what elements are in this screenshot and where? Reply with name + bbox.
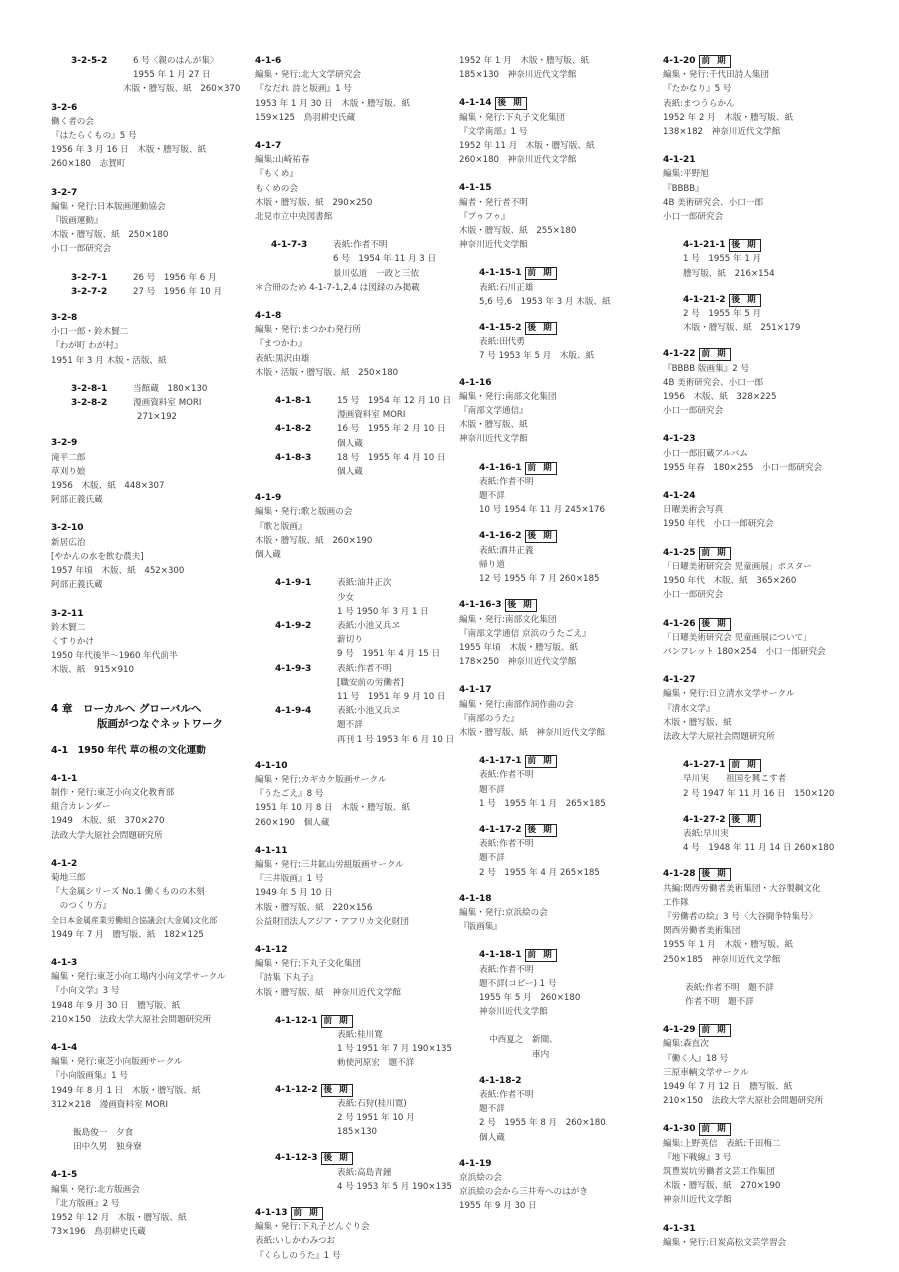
entry-line: 表紙:田代勇	[479, 335, 659, 349]
entry-line: 編集:平野旭	[663, 167, 863, 181]
entry-id: 4-1-22	[663, 349, 696, 359]
entry-line: 少女	[337, 591, 455, 605]
entry-line: 73×196 鳥羽耕史氏蔵	[51, 1225, 251, 1239]
entry-line: 編集・発行:北大文学研究会	[255, 68, 455, 82]
period-badge: 前 期	[525, 755, 557, 768]
entry-line: 『版画集』	[459, 920, 659, 934]
catalog-entry: 4-1-25前 期 「日曜美術研究会 児童画展」ポスター 1950 年代 木版、…	[663, 546, 863, 603]
entry-id: 4-1-16-3	[459, 600, 502, 610]
catalog-entry: 3-2-10 新居広治 [やかんの水を飲む農夫] 1957 年頃 木版、紙 45…	[51, 521, 251, 592]
entry-line: 4B 美術研究会、小口一郎	[663, 196, 863, 210]
entry-id: 4-1-9	[255, 491, 455, 505]
sub-entry: 4-1-27-1前 期 早川実 祖国を興こす者 2 号 1947 年 11 月 …	[683, 758, 863, 801]
entry-line: 北見市立中央図書館	[255, 210, 455, 224]
entry-line: 木版・謄写版、紙 220×156	[255, 901, 455, 915]
entry-line: 表紙:小池又兵ヱ	[337, 704, 455, 718]
entry-line: 神奈川近代文学館	[479, 1005, 659, 1019]
entry-line: 木版・謄写版、紙 260×370	[123, 82, 251, 96]
entry-line: 1951 年 10 月 8 日 木版・謄写版、紙	[255, 801, 455, 815]
entry-line: 編集:森直次	[663, 1037, 863, 1051]
entry-line: 6 号〈親のはんが集〉	[133, 54, 251, 68]
entry-id: 4-1-7	[255, 139, 455, 153]
entry-line: 編者・発行者不明	[459, 196, 659, 210]
section-heading: 4-1 1950 年代 草の根の文化運動	[51, 744, 251, 758]
sub-entry: 4-1-18-2 表紙:作者不明 題不詳 2 号 1955 年 8 月 260×…	[479, 1074, 659, 1145]
entry-id: 4-1-9-2	[275, 619, 337, 662]
entry-id: 4-1-29	[663, 1025, 696, 1035]
catalog-entry-continued: 1952 年 1 月 木版・謄写版、紙 185×130 神奈川近代文学館	[459, 54, 659, 82]
entry-line: 木版・謄写版、紙 260×190	[255, 534, 455, 548]
entry-line: 漫画資料室 MORI	[337, 408, 455, 422]
catalog-entry: 4-1-5 編集・発行:北方版画会 『北方版画』2 号 1952 年 12 月 …	[51, 1168, 251, 1239]
entry-line: 『プゥフゥ』	[459, 210, 659, 224]
entry-id: 4-1-16-2	[479, 531, 522, 541]
entry-line: 小口一郎研究会	[663, 404, 863, 418]
entry-id: 4-1-21	[663, 153, 863, 167]
entry-line: 『はたらくもの』5 号	[51, 129, 251, 143]
catalog-entry: 3-2-8 小口一郎・鈴木賢二 『わが町 わが村』 1951 年 3 月 木版・…	[51, 311, 251, 368]
catalog-entry: 4-1-1 制作・発行:東芝小向文化教育部 組合カレンダー 1949 木版、紙 …	[51, 772, 251, 843]
entry-line: 『歌と版画』	[255, 520, 455, 534]
entry-id: 4-1-15-1	[479, 268, 522, 278]
entry-line: 公益財団法人アジア・アフリカ文化財団	[255, 915, 455, 929]
entry-line: 神奈川近代文学館	[459, 432, 659, 446]
entry-line: 1952 年 1 月 木版・謄写版、紙	[459, 54, 659, 68]
catalog-entry: 4-1-15 編者・発行者不明 『プゥフゥ』 木版・謄写版、紙 255×180 …	[459, 181, 659, 252]
entry-line: 表紙:作者不明	[479, 475, 659, 489]
sub-entry: 4-1-17-2後 期 表紙:作者不明 題不詳 2 号 1955 年 4 月 2…	[479, 823, 659, 880]
entry-line: 共編:関西労働者美術集団・大谷製鋼文化	[663, 882, 863, 896]
entry-line: 260×180 志賀町	[51, 157, 251, 171]
column-1: 3-2-5-2 6 号〈親のはんが集〉 1955 年 1 月 27 日 木版・謄…	[51, 54, 251, 1253]
sub-entry: 4-1-27-2後 期 表紙:早川実 4 号 1948 年 11 月 14 日 …	[683, 813, 863, 856]
entry-line: 編集・発行:南部文化集団	[459, 613, 659, 627]
entry-line: 「日曜美術研究会 児童画展」ポスター	[663, 560, 863, 574]
catalog-entry: 4-1-28後 期 共編:関西労働者美術集団・大谷製鋼文化 工作隊 『労働者の絵…	[663, 867, 863, 1009]
entry-id: 4-1-18	[459, 892, 659, 906]
entry-id: 4-1-28	[663, 869, 696, 879]
catalog-entry: 4-1-29前 期 編集:森直次 『働く人』18 号 三原車輌文学サークル 19…	[663, 1023, 863, 1108]
entry-id: 4-1-9-3	[275, 662, 337, 705]
entry-line: 312×218 漫画資料室 MORI	[51, 1098, 251, 1112]
entry-line: 工作隊	[663, 896, 863, 910]
entry-line: 編集・発行:日本版画運動協会	[51, 200, 251, 214]
entry-line: 表紙:早川実	[683, 827, 863, 841]
entry-line: 木版・謄写版、紙 神奈川近代文学館	[255, 986, 455, 1000]
period-badge: 後 期	[525, 322, 557, 335]
entry-line: 滝平二郎	[51, 451, 251, 465]
catalog-entry: 4-1-3 編集・発行:東芝小向工場内小向文学サークル 『小向文学』3 号 19…	[51, 956, 251, 1027]
catalog-entry: 4-1-30前 期 編集:上野英信 表紙:千田梅二 『地下戦線』3 号 筑豊炭坑…	[663, 1122, 863, 1207]
period-badge: 前 期	[699, 547, 731, 560]
chapter-title: 4 章 ローカルへ グローバルへ	[51, 703, 201, 715]
entry-line: 1 号 1951 年 7 月 190×135	[337, 1042, 455, 1056]
entry-id: 3-2-7	[51, 186, 251, 200]
entry-line: 210×150 法政大学大原社会問題研究所	[51, 1013, 251, 1027]
entry-line: 『南部文学通信』	[459, 404, 659, 418]
entry-line: 表紙:まつうらかん	[663, 97, 863, 111]
entry-line: 題不詳	[479, 783, 659, 797]
entry-id: 4-1-14	[459, 98, 492, 108]
period-badge: 後 期	[729, 239, 761, 252]
entry-line: 木版・謄写版、紙 250×180	[51, 228, 251, 242]
entry-line: 編集・発行:三井鉱山労組版画サークル	[255, 858, 455, 872]
entry-line: 『労働者の絵』3 号〈大谷闘争特集号〉	[663, 910, 863, 924]
entry-line: 『なだれ 詩と版画』1 号	[255, 82, 455, 96]
entry-id: 4-1-16-1	[479, 463, 522, 473]
entry-line: 『文学南部』1 号	[459, 125, 659, 139]
entry-id: 4-1-26	[663, 619, 696, 629]
entry-line: 『地下戦線』3 号	[663, 1151, 863, 1165]
period-badge: 後 期	[321, 1152, 353, 1165]
period-badge: 前 期	[699, 348, 731, 361]
catalog-entry: 4-1-22前 期 『BBBB 版画集』2 号 4B 美術研究会、小口一郎 19…	[663, 347, 863, 418]
entry-id: 4-1-9-1	[275, 576, 337, 619]
entry-line: 1953 年 1 月 30 日 木版・謄写版、紙	[255, 97, 455, 111]
entry-line: 鈴木賢二	[51, 621, 251, 635]
entry-line: 編集・発行:日炭高松文芸学習会	[663, 1236, 863, 1250]
entry-id: 4-1-17	[459, 683, 659, 697]
entry-line: [職安前の労働者]	[337, 676, 455, 690]
sub-entry-list: 3-2-7-126 号 1956 年 6 月 3-2-7-227 号 1956 …	[71, 271, 251, 299]
sub-entry: 4-1-21-2後 期 2 号 1955 年 5 月 木版・謄写版、紙 251×…	[683, 293, 863, 336]
entry-line: 勅使河原宏 題不詳	[337, 1056, 455, 1070]
entry-line: 『南部のうた』	[459, 712, 659, 726]
sub-entry: 4-1-16-2後 期 表紙:酒井正義 帰り道 12 号 1955 年 7 月 …	[479, 529, 659, 586]
entry-line: 1955 年 9 月 30 日	[459, 1199, 659, 1213]
entry-line: 1948 年 9 月 30 日 謄写版、紙	[51, 999, 251, 1013]
entry-id: 3-2-7-1	[71, 271, 133, 285]
entry-id: 3-2-9	[51, 436, 251, 450]
entry-line: 小口一郎旧蔵アルバム	[663, 447, 863, 461]
entry-line: 2 号 1951 年 10 月 185×130	[337, 1111, 455, 1139]
entry-line: 三原車輌文学サークル	[663, 1066, 863, 1080]
catalog-entry: 4-1-16-3後 期 編集・発行:南部文化集団 『南部文学通信 京浜のうたごえ…	[459, 598, 659, 669]
entry-line: 編集・発行:京浜絵の会	[459, 906, 659, 920]
entry-line: 帰り道	[479, 558, 659, 572]
entry-line: 『もくめ』	[255, 167, 455, 181]
entry-id: 4-1-8-3	[275, 451, 337, 479]
entry-id: 4-1-17-1	[479, 756, 522, 766]
catalog-entry: 4-1-6 編集・発行:北大文学研究会 『なだれ 詩と版画』1 号 1953 年…	[255, 54, 455, 125]
entry-line: 木版・謄写版、紙 270×190	[663, 1179, 863, 1193]
entry-id: 4-1-8	[255, 309, 455, 323]
entry-line: 1955 年春 180×255 小口一郎研究会	[663, 461, 863, 475]
entry-id: 4-1-19	[459, 1157, 659, 1171]
entry-line: 2 号 1955 年 5 月	[683, 307, 863, 321]
entry-line: 1949 年 7 月 謄写版、紙 182×125	[51, 928, 251, 942]
entry-id: 4-1-21-1	[683, 240, 726, 250]
entry-line: 編集・発行:千代田詩人集団	[663, 68, 863, 82]
catalog-entry: 4-1-18 編集・発行:京浜絵の会 『版画集』	[459, 892, 659, 935]
entry-line: 2 号 1955 年 8 月 260×180	[479, 1116, 659, 1130]
entry-line: 『わが町 わが村』	[51, 339, 251, 353]
entry-id: 4-1-23	[663, 432, 863, 446]
entry-line: 編集・発行:南部文化集団	[459, 390, 659, 404]
catalog-entry: 4-1-7 編集:山崎祐春 『もくめ』 もくめの会 木版・謄写版、紙 290×2…	[255, 139, 455, 224]
entry-line: 『まつかわ』	[255, 337, 455, 351]
entry-id: 4-1-12	[255, 943, 455, 957]
work-line: 飯島俊一 夕食	[51, 1126, 251, 1140]
entry-line: 編集:上野英信 表紙:千田梅二	[663, 1137, 863, 1151]
period-badge: 前 期	[729, 759, 761, 772]
entry-line: 木版・謄写版、紙 290×250	[255, 196, 455, 210]
entry-line: 210×150 法政大学大原社会問題研究所	[663, 1094, 863, 1108]
entry-line: 関西労働者美術集団	[663, 924, 863, 938]
entry-line: 編集・発行:まつかわ発行所	[255, 323, 455, 337]
period-badge: 前 期	[525, 267, 557, 280]
entry-line: 178×250 神奈川近代文学館	[459, 655, 659, 669]
entry-line: 260×180 神奈川近代文学館	[459, 153, 659, 167]
entry-id: 4-1-7-3	[271, 238, 333, 281]
entry-id: 4-1-10	[255, 759, 455, 773]
entry-line: [やかんの水を飲む農夫]	[51, 550, 251, 564]
entry-line: 表紙:石川正雄	[479, 281, 659, 295]
entry-line: 16 号 1955 年 2 月 10 日	[337, 422, 455, 436]
catalog-entry: 4-1-24 日曜美術会写真 1950 年代 小口一郎研究会	[663, 489, 863, 532]
footnote: ＊合冊のため 4-1-7-1,2,4 は図録のみ掲載	[255, 281, 455, 295]
entry-id: 4-1-18-2	[479, 1074, 659, 1088]
entry-line: 個人蔵	[337, 437, 455, 451]
entry-id: 3-2-8-1	[71, 382, 133, 396]
entry-line: 1955 年 5 月 260×180	[479, 991, 659, 1005]
entry-id: 4-1-27-2	[683, 815, 726, 825]
entry-line: 185×130 神奈川近代文学館	[459, 68, 659, 82]
entry-line: 1956 木版、紙 448×307	[51, 479, 251, 493]
entry-id: 4-1-3	[51, 956, 251, 970]
sub-entry: 4-1-12-2後 期 表紙:石狩(桂川寛)2 号 1951 年 10 月 18…	[275, 1083, 455, 1140]
entry-id: 4-1-13	[255, 1208, 288, 1218]
entry-id: 4-1-11	[255, 844, 455, 858]
entry-line: 『BBBB』	[663, 182, 863, 196]
period-badge: 後 期	[525, 530, 557, 543]
catalog-entry: 4-1-26後 期 「日曜美術研究会 児童画展について」 パンフレット 180×…	[663, 617, 863, 660]
entry-line: 菊地三郎	[51, 871, 251, 885]
entry-line: 法政大学大原社会問題研究所	[51, 829, 251, 843]
entry-line: 題不詳	[479, 1102, 659, 1116]
entry-line: 表紙:作者不明	[333, 238, 455, 252]
entry-line: 漫画資料室 MORI	[133, 396, 251, 410]
entry-id: 4-1-15-2	[479, 323, 522, 333]
entry-line: 『BBBB 版画集』2 号	[663, 362, 863, 376]
period-badge: 後 期	[729, 814, 761, 827]
catalog-entry: 4-1-10 編集・発行:カギカケ版画サークル 『うたごえ』8 号 1951 年…	[255, 759, 455, 830]
entry-id: 4-1-25	[663, 548, 696, 558]
sub-entry-list: 4-1-9-1表紙:油井正次少女1 号 1950 年 3 月 1 日 4-1-9…	[275, 576, 455, 746]
catalog-entry: 4-1-19 京浜絵の会 京浜絵の会から三井寿へのはがき 1955 年 9 月 …	[459, 1157, 659, 1214]
entry-line: 27 号 1956 年 10 月	[133, 285, 251, 299]
entry-line: 編集・発行:北方版画会	[51, 1183, 251, 1197]
period-badge: 後 期	[525, 824, 557, 837]
entry-line: 『うたごえ』8 号	[255, 787, 455, 801]
catalog-entry: 4-1-16 編集・発行:南部文化集団 『南部文学通信』 木版・謄写版、紙 神奈…	[459, 376, 659, 447]
catalog-entry: 3-2-5-2 6 号〈親のはんが集〉 1955 年 1 月 27 日 木版・謄…	[51, 54, 251, 97]
catalog-entry: 4-1-17 編集・発行:南部作詞作曲の会 『南部のうた』 木版・謄写版、紙 神…	[459, 683, 659, 740]
entry-line: 薪切り	[337, 633, 455, 647]
entry-id: 3-2-6	[51, 101, 251, 115]
sub-entry: 4-1-17-1前 期 表紙:作者不明 題不詳 1 号 1955 年 1 月 2…	[479, 754, 659, 811]
work-line: 作者不明 題不詳	[663, 995, 863, 1009]
catalog-entry: 4-1-4 編集・発行:東芝小向版画サークル 『小向版画集』1 号 1949 年…	[51, 1041, 251, 1154]
entry-line: 題不詳(コピー) 1 号	[479, 977, 659, 991]
period-badge: 前 期	[291, 1207, 323, 1220]
period-badge: 前 期	[699, 55, 731, 68]
entry-line: 表紙:作者不明	[479, 768, 659, 782]
entry-line: 『清水文学』	[663, 702, 863, 716]
entry-line: 編集・発行:歌と版画の会	[255, 505, 455, 519]
work-line: 表紙:作者不明 題不詳	[663, 981, 863, 995]
entry-line: 表紙:油井正次	[337, 576, 455, 590]
period-badge: 後 期	[699, 868, 731, 881]
catalog-entry: 4-1-14後 期 編集・発行:下丸子文化集団 『文学南部』1 号 1952 年…	[459, 96, 659, 167]
entry-line: 『北方版画』2 号	[51, 1197, 251, 1211]
sub-entry: 4-1-12-1前 期 表紙:桂川寛 1 号 1951 年 7 月 190×13…	[275, 1014, 455, 1071]
entry-line: 138×182 神奈川近代文学館	[663, 125, 863, 139]
catalog-entry: 3-2-6 働く者の会 『はたらくもの』5 号 1956 年 3 月 16 日 …	[51, 101, 251, 172]
entry-line: 『小向版画集』1 号	[51, 1069, 251, 1083]
entry-line: 1949 年 5 月 10 日	[255, 886, 455, 900]
entry-line: 小口一郎研究会	[663, 210, 863, 224]
entry-line: 1950 年代後半〜1960 年代前半	[51, 649, 251, 663]
entry-line: 表紙:酒井正義	[479, 544, 659, 558]
period-badge: 後 期	[505, 599, 537, 612]
entry-line: 木版・謄写版、紙	[459, 418, 659, 432]
entry-line: 草刈り娘	[51, 465, 251, 479]
entry-line: 1950 年代 木版、紙 365×260	[663, 574, 863, 588]
chapter-subtitle: 版画がつなぐネットワーク	[51, 717, 251, 732]
entry-line: 1951 年 3 月 木版・活版、紙	[51, 354, 251, 368]
catalog-entry: 3-2-11 鈴木賢二 くすりかけ 1950 年代後半〜1960 年代前半 木版…	[51, 607, 251, 678]
work-line: 田中久男 独身寮	[51, 1140, 251, 1154]
entry-line: 神奈川近代文学館	[459, 238, 659, 252]
entry-line: 1955 年 1 月 木版・謄写版、紙	[663, 938, 863, 952]
entry-line: 木版、紙 915×910	[51, 663, 251, 677]
entry-line: 12 号 1955 年 7 月 260×185	[479, 572, 659, 586]
entry-line: 1952 年 12 月 木版・謄写版、紙	[51, 1211, 251, 1225]
entry-line: 編集:山崎祐春	[255, 153, 455, 167]
column-2: 4-1-6 編集・発行:北大文学研究会 『なだれ 詩と版画』1 号 1953 年…	[255, 54, 455, 1272]
entry-line: 『大金属シリーズ No.1 働くものの木刻	[51, 885, 251, 899]
entry-line: 1957 年頃 木版、紙 452×300	[51, 564, 251, 578]
entry-line: くすりかけ	[51, 635, 251, 649]
entry-line: 表紙:高島青鐘	[337, 1166, 455, 1180]
catalog-entry: 4-1-31 編集・発行:日炭高松文芸学習会	[663, 1222, 863, 1250]
sub-entry: 4-1-12-3後 期 表紙:高島青鐘4 号 1953 年 5 月 190×13…	[275, 1151, 455, 1194]
entry-id: 4-1-9-4	[275, 704, 337, 747]
catalog-entry: 4-1-7-3 表紙:作者不明 6 号 1954 年 11 月 3 日 景川弘道…	[255, 238, 455, 295]
entry-line: パンフレット 180×254 小口一郎研究会	[663, 645, 863, 659]
entry-line: 1955 年 1 月 27 日	[133, 68, 251, 82]
entry-line: 9 号 1951 年 4 月 15 日	[337, 647, 455, 661]
entry-line: 『小向文学』3 号	[51, 984, 251, 998]
entry-id: 3-2-8-2	[71, 396, 133, 424]
entry-line: 1949 木版、紙 370×270	[51, 814, 251, 828]
period-badge: 前 期	[699, 1123, 731, 1136]
entry-line: 1955 年頃 木版・謄写版、紙	[459, 641, 659, 655]
sub-entry: 4-1-21-1後 期 1 号 1955 年 1 月 謄写版、紙 216×154	[683, 238, 863, 281]
entry-id: 4-1-12-1	[275, 1016, 318, 1026]
entry-line: 神奈川近代文学館	[663, 1193, 863, 1207]
period-badge: 後 期	[729, 294, 761, 307]
entry-line: 1950 年代 小口一郎研究会	[663, 517, 863, 531]
sub-entry: 4-1-18-1前 期 表紙:作者不明 題不詳(コピー) 1 号 1955 年 …	[479, 948, 659, 1061]
entry-line: 木版・謄写版、紙 251×179	[683, 321, 863, 335]
catalog-entry: 3-2-9 滝平二郎 草刈り娘 1956 木版、紙 448×307 阿部正義氏蔵	[51, 436, 251, 507]
entry-line: 編集・発行:日立清水文学サークル	[663, 687, 863, 701]
entry-line: 景川弘道 一政と三依	[333, 267, 455, 281]
entry-id: 4-1-5	[51, 1168, 251, 1182]
entry-line: 1949 年 7 月 12 日 謄写版、紙	[663, 1080, 863, 1094]
entry-line: 働く者の会	[51, 115, 251, 129]
entry-line: 『版画運動』	[51, 214, 251, 228]
column-4: 4-1-20前 期 編集・発行:千代田詩人集団 『たかなり』5 号 表紙:まつう…	[663, 54, 863, 1264]
entry-line: 小口一郎研究会	[663, 588, 863, 602]
entry-line: 表紙:作者不明	[479, 837, 659, 851]
entry-id: 3-2-7-2	[71, 285, 133, 299]
entry-line: 編集・発行:下丸子どんぐり会	[255, 1220, 455, 1234]
catalog-entry: 4-1-13前 期 編集・発行:下丸子どんぐり会 表紙:いしかわみつお 『くらし…	[255, 1206, 455, 1263]
entry-id: 4-1-8-2	[275, 422, 337, 450]
catalog-entry: 3-2-7 編集・発行:日本版画運動協会 『版画運動』 木版・謄写版、紙 250…	[51, 186, 251, 257]
entry-line: 表紙:小池又兵ヱ	[337, 619, 455, 633]
entry-id: 4-1-21-2	[683, 295, 726, 305]
entry-line: 木版・活版・謄写版、紙 250×180	[255, 366, 455, 380]
entry-line: 1952 年 11 月 木版・謄写版、紙	[459, 139, 659, 153]
work-line: 車内	[479, 1048, 659, 1062]
entry-line: 阿部正義氏蔵	[51, 493, 251, 507]
entry-id: 3-2-10	[51, 521, 251, 535]
sub-entry: 4-1-15-2後 期 表紙:田代勇 7 号 1953 年 5 月 木版、紙	[479, 321, 659, 364]
entry-line: 題不詳	[479, 489, 659, 503]
catalog-entry: 4-1-9 編集・発行:歌と版画の会 『歌と版画』 木版・謄写版、紙 260×1…	[255, 491, 455, 562]
entry-line: 個人蔵	[479, 1131, 659, 1145]
entry-id: 4-1-30	[663, 1124, 696, 1134]
catalog-entry: 4-1-23 小口一郎旧蔵アルバム 1955 年春 180×255 小口一郎研究…	[663, 432, 863, 475]
entry-id: 3-2-11	[51, 607, 251, 621]
entry-line: 再刊 1 号 1953 年 6 月 10 日	[337, 733, 455, 747]
entry-line: 題不詳	[337, 718, 455, 732]
entry-line: 15 号 1954 年 12 月 10 日	[337, 394, 455, 408]
entry-line: 筑豊炭坑労働者文芸工作集団	[663, 1165, 863, 1179]
entry-id: 4-1-27	[663, 673, 863, 687]
entry-line: 2 号 1955 年 4 月 265×185	[479, 866, 659, 880]
entry-id: 4-1-1	[51, 772, 251, 786]
entry-line: 当館蔵 180×130	[133, 382, 251, 396]
entry-id: 4-1-6	[255, 54, 455, 68]
entry-id: 4-1-24	[663, 489, 863, 503]
entry-line: のつくり方』	[51, 899, 251, 913]
period-badge: 前 期	[321, 1015, 353, 1028]
period-badge: 後 期	[495, 97, 527, 110]
entry-line: 「日曜美術研究会 児童画展について」	[663, 631, 863, 645]
sub-entry-list: 3-2-8-1当館蔵 180×130 3-2-8-2漫画資料室 MORI271×…	[71, 382, 251, 425]
entry-line: 26 号 1956 年 6 月	[133, 271, 251, 285]
entry-id: 4-1-27-1	[683, 760, 726, 770]
entry-line: 1949 年 8 月 1 日 木版・謄写版、紙	[51, 1084, 251, 1098]
period-badge: 後 期	[321, 1084, 353, 1097]
entry-line: 表紙:いしかわみつお	[255, 1234, 455, 1248]
column-3: 1952 年 1 月 木版・謄写版、紙 185×130 神奈川近代文学館 4-1…	[459, 54, 659, 1228]
entry-line: 編集・発行:東芝小向版画サークル	[51, 1055, 251, 1069]
entry-line: 編集・発行:カギカケ版画サークル	[255, 773, 455, 787]
entry-id: 4-1-20	[663, 56, 696, 66]
entry-line: 4 号 1953 年 5 月 190×135	[337, 1180, 455, 1194]
entry-line: 『くらしのうた』1 号	[255, 1249, 455, 1263]
entry-line: 編集・発行:下丸子文化集団	[459, 111, 659, 125]
catalog-entry: 4-1-27 編集・発行:日立清水文学サークル 『清水文学』 木版・謄写版、紙 …	[663, 673, 863, 744]
entry-line: 11 号 1951 年 9 月 10 日	[337, 690, 455, 704]
entry-line: 京浜絵の会から三井寿へのはがき	[459, 1185, 659, 1199]
